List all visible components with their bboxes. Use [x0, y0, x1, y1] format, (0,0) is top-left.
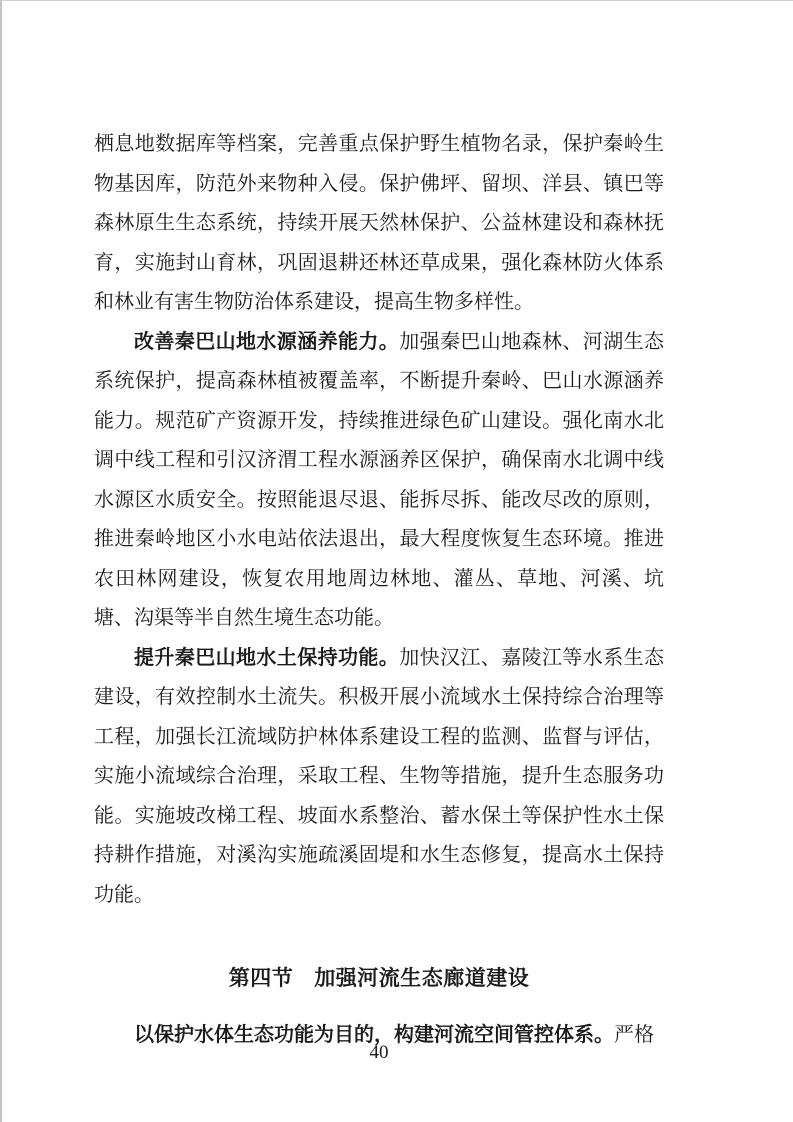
paragraph-continuation: 栖息地数据库等档案，完善重点保护野生植物名录，保护秦岭生物基因库，防范外来物种入… — [94, 125, 664, 323]
paragraph-bold-lead: 提升秦巴山地水土保持功能。 — [134, 647, 399, 669]
document-body: 栖息地数据库等档案，完善重点保护野生植物名录，保护秦岭生物基因库，防范外来物种入… — [94, 125, 664, 1055]
paragraph-text: 加强秦巴山地森林、河湖生态系统保护，提高森林植被覆盖率，不断提升秦岭、巴山水源涵… — [94, 331, 664, 630]
paragraph-soil-retention: 提升秦巴山地水土保持功能。加快汉江、嘉陵江等水系生态建设，有效控制水土流失。积极… — [94, 639, 664, 916]
paragraph-water-conservation: 改善秦巴山地水源涵养能力。加强秦巴山地森林、河湖生态系统保护，提高森林植被覆盖率… — [94, 323, 664, 639]
section-number: 第四节 — [229, 966, 294, 990]
paragraph-text: 加快汉江、嘉陵江等水系生态建设，有效控制水土流失。积极开展小流域水土保持综合治理… — [94, 647, 664, 906]
section-heading: 第四节加强河流生态廊道建设 — [94, 959, 664, 999]
page-number: 40 — [94, 1042, 664, 1064]
section-title: 加强河流生态廊道建设 — [314, 966, 529, 990]
paragraph-bold-lead: 改善秦巴山地水源涵养能力。 — [134, 331, 399, 353]
paragraph-text: 栖息地数据库等档案，完善重点保护野生植物名录，保护秦岭生物基因库，防范外来物种入… — [94, 133, 664, 313]
document-page: 栖息地数据库等档案，完善重点保护野生植物名录，保护秦岭生物基因库，防范外来物种入… — [0, 0, 793, 1122]
